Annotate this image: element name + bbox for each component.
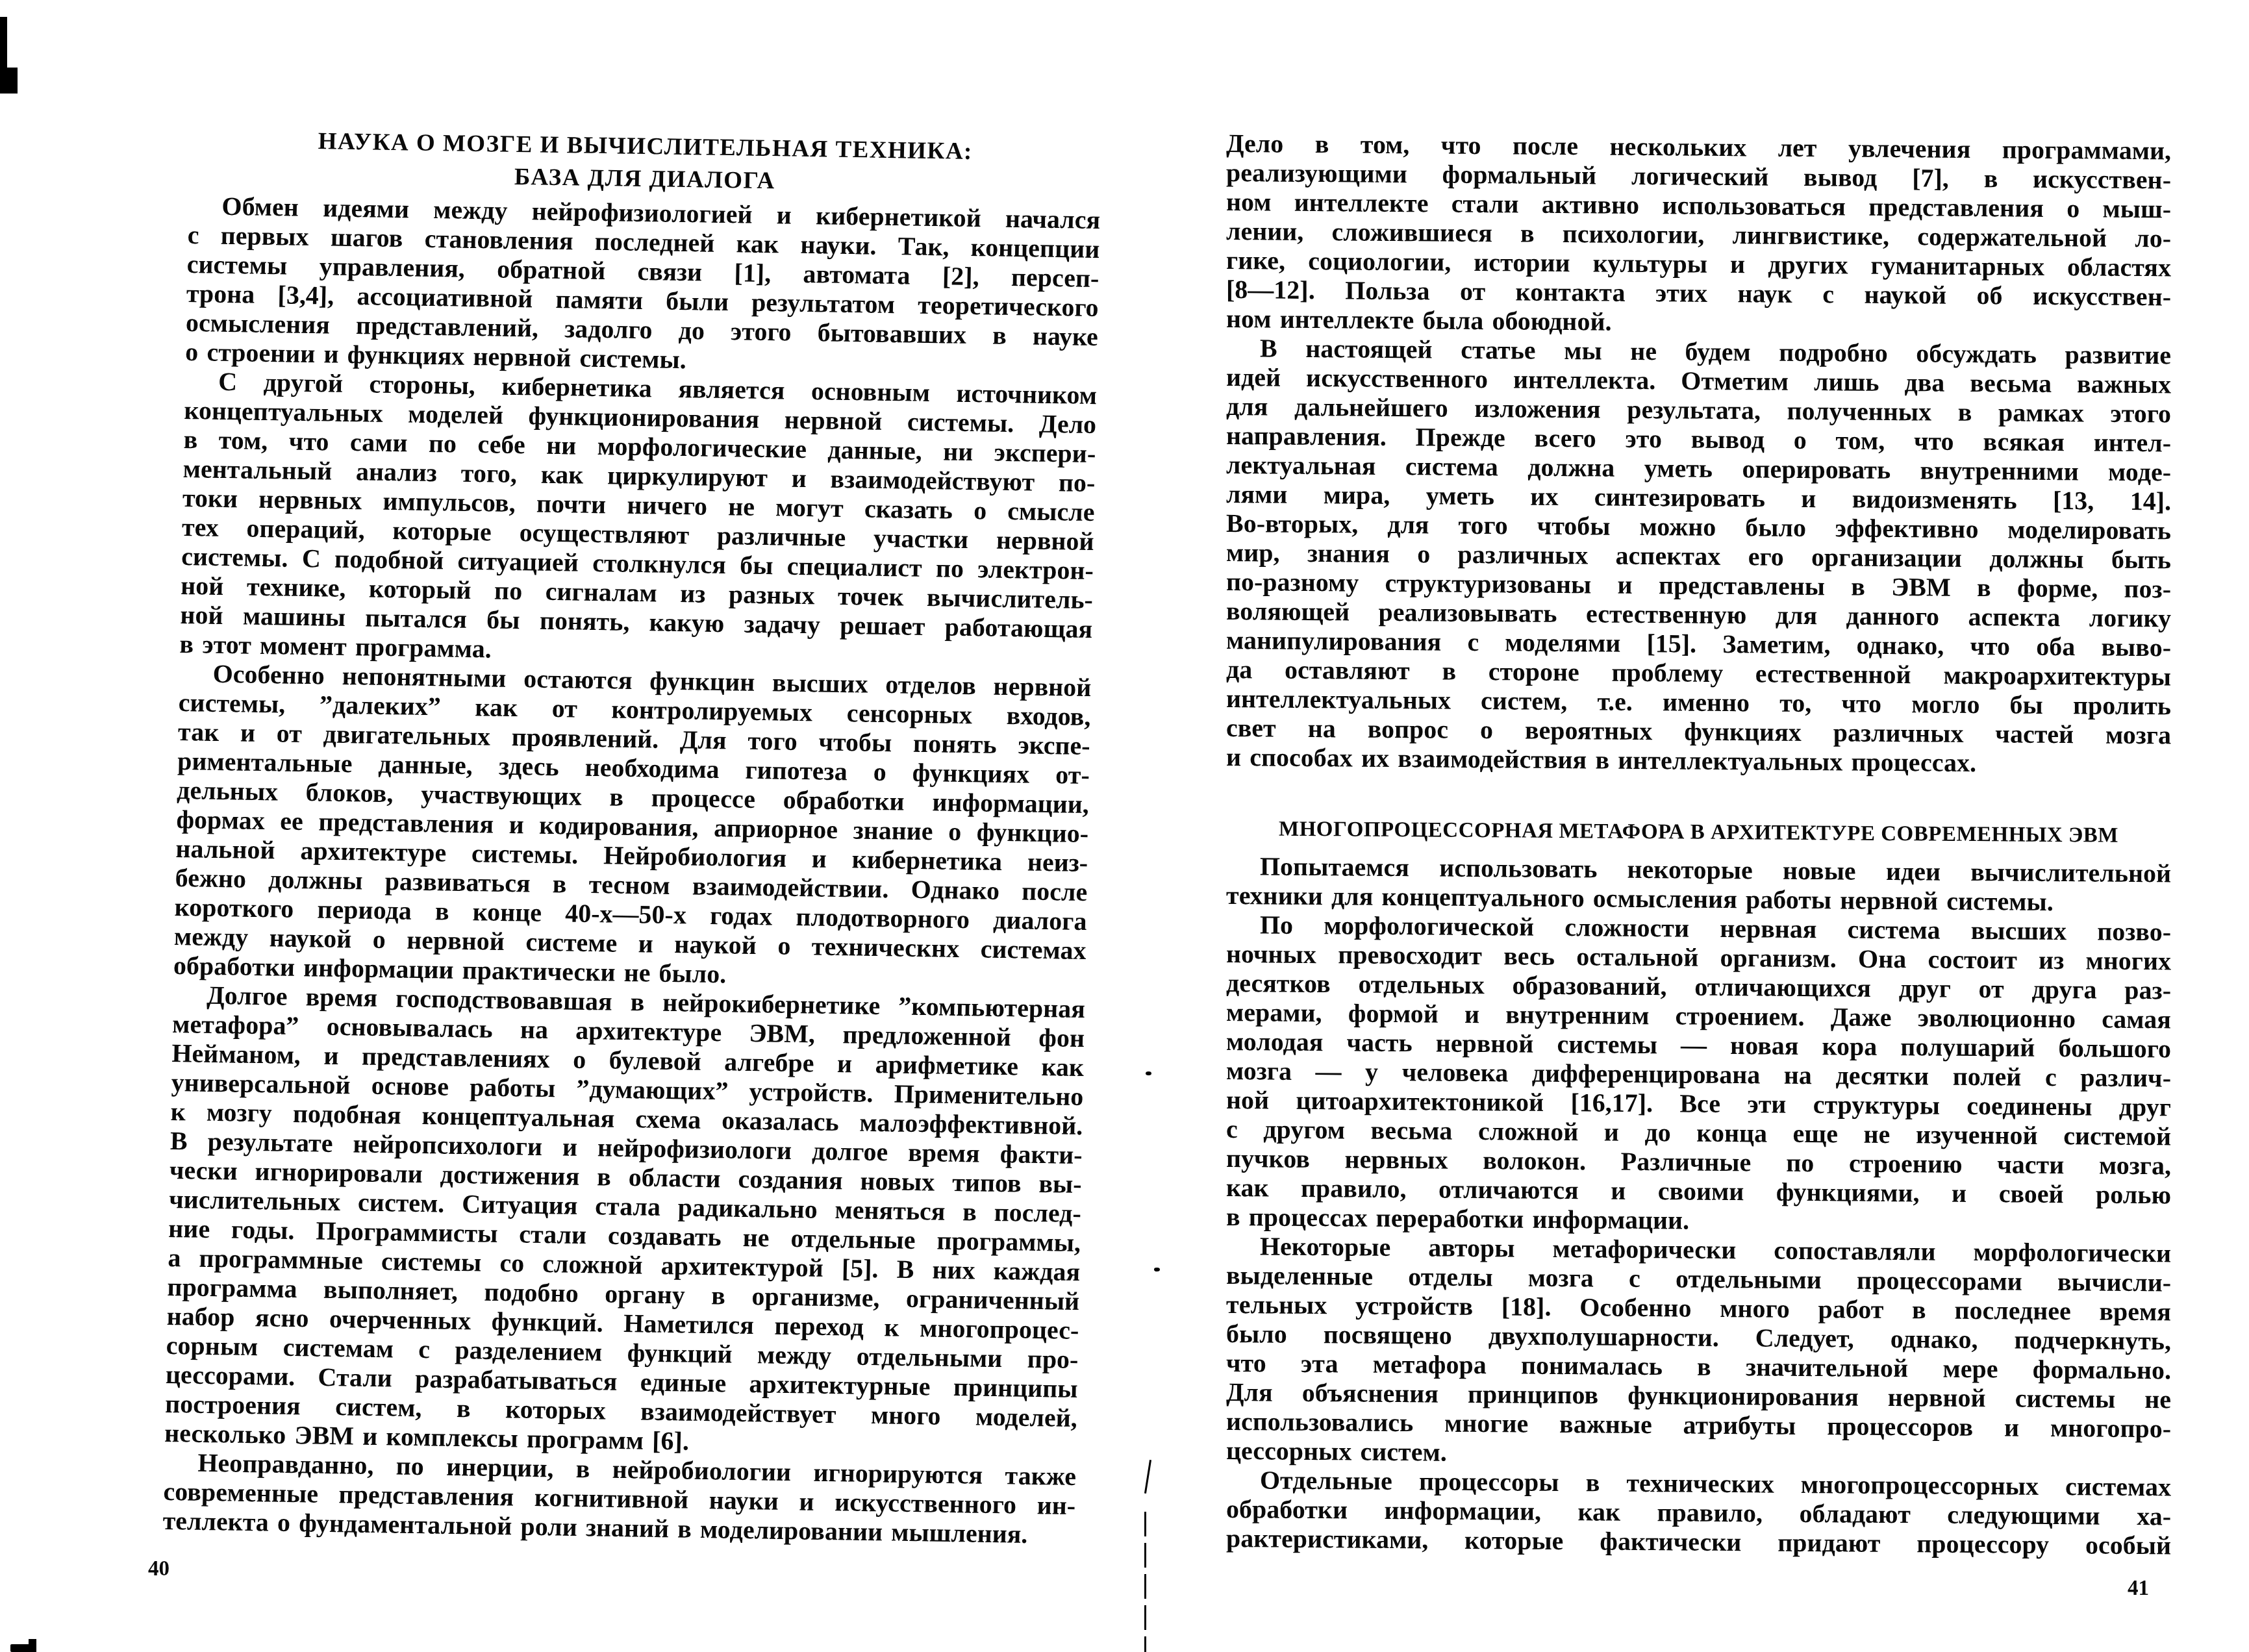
page-number-right: 41: [2128, 1577, 2149, 1601]
scan-artifact-gutter-line: [1144, 1512, 1146, 1652]
scan-artifact-bottom-left-mark: [29, 1639, 36, 1652]
page-number-left: 40: [148, 1557, 170, 1581]
section-heading: МНОГОПРОЦЕССОРНАЯ МЕТАФОРА В АРХИТЕКТУРЕ…: [1226, 812, 2171, 852]
left-page-text: Обмен идеями между нейрофизиологией и ки…: [162, 191, 1100, 1549]
scanned-book-spread: НАУКА О МОЗГЕ И ВЫЧИСЛИТЕЛЬНАЯ ТЕХНИКА: …: [0, 0, 2249, 1652]
article-title: НАУКА О МОЗГЕ И ВЫЧИСЛИТЕЛЬНАЯ ТЕХНИКА: …: [188, 123, 1101, 203]
right-page-column: Дело в том, что после нескольких лет увл…: [1226, 129, 2171, 1560]
scan-artifact-gutter-dot-2: [1154, 1268, 1160, 1271]
scan-artifact-top-left-bar: [0, 17, 7, 69]
left-page-column: НАУКА О МОЗГЕ И ВЫЧИСЛИТЕЛЬНАЯ ТЕХНИКА: …: [162, 123, 1101, 1549]
scan-artifact-top-left-blob: [0, 68, 18, 94]
right-page-text-top: Дело в том, что после нескольких лет увл…: [1226, 129, 2171, 779]
scan-artifact-gutter-slash: [1144, 1460, 1151, 1494]
scan-artifact-gutter-dot-1: [1146, 1071, 1151, 1075]
right-page-text-bottom: Попытаемся использовать некоторые новые …: [1226, 851, 2171, 1560]
